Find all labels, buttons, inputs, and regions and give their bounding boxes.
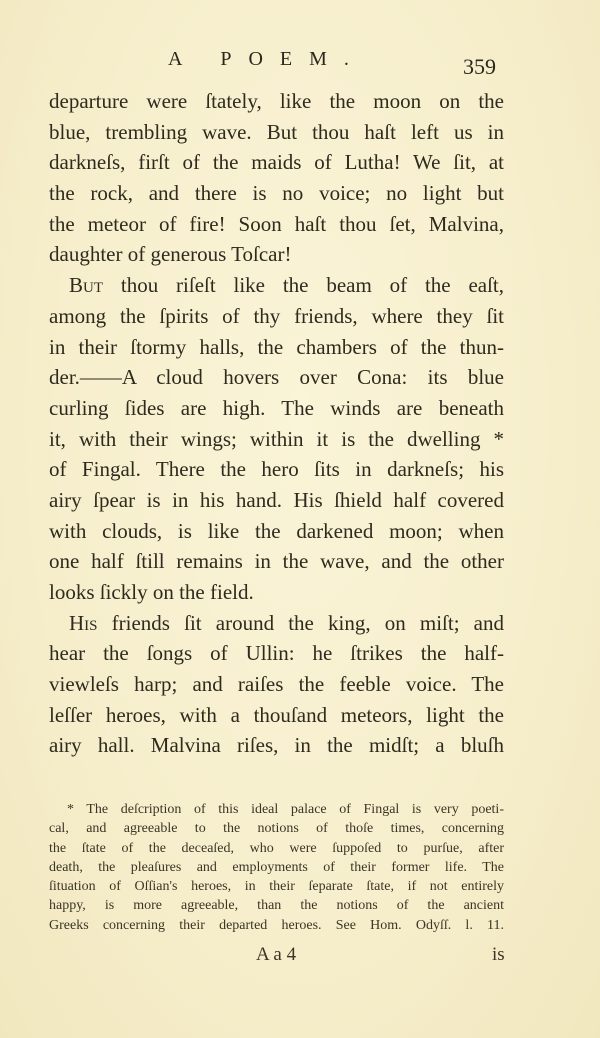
text-line: it, with their wings; within it is the d…: [49, 424, 504, 455]
footnote-line: ſituation of Oſſian's heroes, in their ſ…: [49, 877, 504, 896]
text-line: in their ſtormy halls, the chambers of t…: [49, 332, 504, 363]
text-line: looks ſickly on the field.: [49, 577, 504, 608]
body-text: departure were ſtately, like the moon on…: [49, 86, 504, 761]
page-number: 359: [463, 54, 496, 80]
text-line: airy hall. Malvina riſes, in the midſt; …: [49, 730, 504, 761]
footnote-line: the ſtate of the deceaſed, who were ſupp…: [49, 839, 504, 858]
paragraph-start-line: His friends ſit around the king, on miſt…: [49, 608, 504, 639]
paragraph-start-line: But thou riſeſt like the beam of the eaſ…: [49, 270, 504, 301]
text-line: one half ſtill remains in the wave, and …: [49, 546, 504, 577]
text-line: darkneſs, firſt of the maids of Lutha! W…: [49, 147, 504, 178]
footnote-line: Greeks concerning their departed heroes.…: [49, 916, 504, 935]
text-line: der.——A cloud hovers over Cona: its blue: [49, 362, 504, 393]
book-page: A POEM. 359 departure were ſtately, like…: [0, 0, 600, 1038]
text-line: departure were ſtately, like the moon on…: [49, 86, 504, 117]
footnote-line: cal, and agreeable to the notions of tho…: [49, 819, 504, 838]
footnote-line: death, the pleaſures and employments of …: [49, 858, 504, 877]
catchword: is: [492, 944, 505, 966]
text-line: viewleſs harp; and raiſes the feeble voi…: [49, 669, 504, 700]
running-head: A POEM. 359: [0, 48, 600, 78]
footnote: * The deſcription of this ideal palace o…: [49, 800, 504, 935]
footnote-line: * The deſcription of this ideal palace o…: [49, 800, 504, 819]
text-line: hear the ſongs of Ullin: he ſtrikes the …: [49, 638, 504, 669]
text-line: blue, trembling wave. But thou haſt left…: [49, 117, 504, 148]
text-line: with clouds, is like the darkened moon; …: [49, 516, 504, 547]
signature-mark: A a 4: [256, 944, 296, 966]
text-line: the meteor of fire! Soon haſt thou ſet, …: [49, 209, 504, 240]
text-line: curling ſides are high. The winds are be…: [49, 393, 504, 424]
running-title: A POEM.: [168, 48, 366, 71]
footnote-line: happy, is more agreeable, than the notio…: [49, 896, 504, 915]
text-line: among the ſpirits of thy friends, where …: [49, 301, 504, 332]
text-line: leſſer heroes, with a thouſand meteors, …: [49, 700, 504, 731]
text-line: the rock, and there is no voice; no ligh…: [49, 178, 504, 209]
text-line: thou riſeſt like the beam of the eaſt,: [121, 273, 504, 297]
text-line: friends ſit around the king, on miſt; an…: [112, 611, 504, 635]
text-line: daughter of generous Toſcar!: [49, 239, 504, 270]
text-line: of Fingal. There the hero ſits in darkne…: [49, 454, 504, 485]
paragraph-opener: But: [69, 273, 103, 297]
paragraph-opener: His: [69, 611, 98, 635]
text-line: airy ſpear is in his hand. His ſhield ha…: [49, 485, 504, 516]
